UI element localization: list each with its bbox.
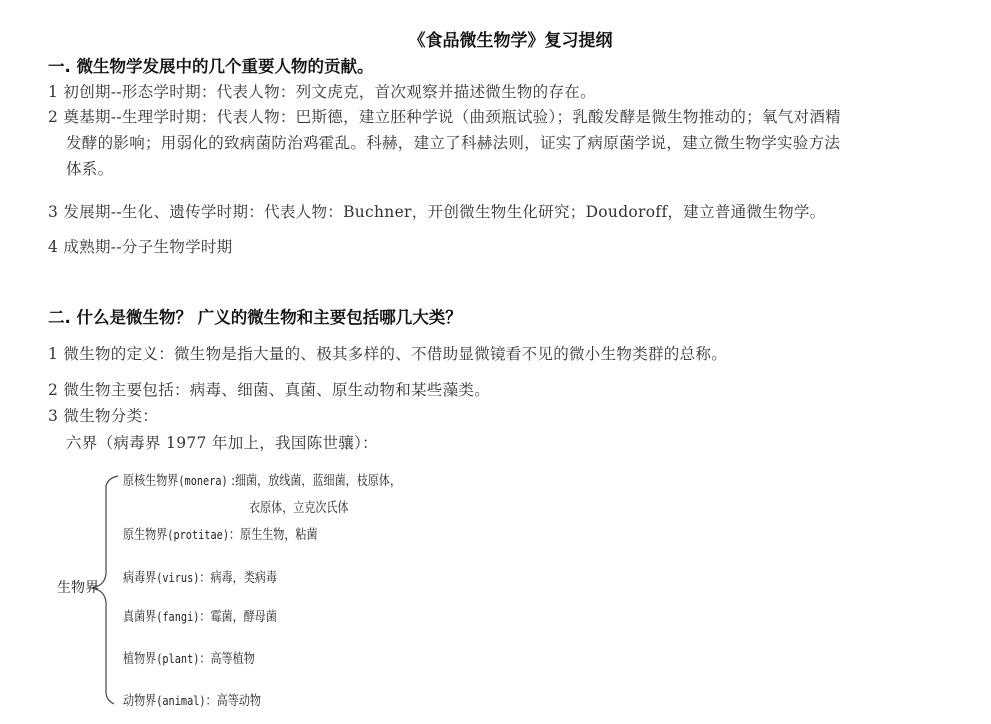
curly-brace-icon <box>0 460 200 724</box>
kingdom-plant: 植物界(plant)：高等植物 <box>123 647 255 667</box>
section2-item-3: 3 微生物分类： <box>48 404 158 426</box>
section-heading-1: 一. 微生物学发展中的几个重要人物的贡献。 <box>48 53 374 77</box>
section-heading-2: 二. 什么是微生物？ 广义的微生物和主要包括哪几大类？ <box>48 304 462 328</box>
section1-item-2-line2: 发酵的影响；用弱化的致病菌防治鸡霍乱。科赫，建立了科赫法则，证实了病原菌学说，建… <box>48 130 978 156</box>
section2-item-2: 2 微生物主要包括：病毒、细菌、真菌、原生动物和某些藻类。 <box>48 378 490 400</box>
tree-root-label: 生物界 <box>57 577 99 597</box>
section1-item-2: 2 奠基期--生理学时期：代表人物：巴斯德，建立胚种学说（曲颈瓶试验）；乳酸发酵… <box>48 104 978 182</box>
section1-item-2-line1: 2 奠基期--生理学时期：代表人物：巴斯德，建立胚种学说（曲颈瓶试验）；乳酸发酵… <box>48 108 841 126</box>
kingdom-protitae: 原生物界(protitae)：原生生物，粘菌 <box>123 523 318 543</box>
kingdom-monera: 原核生物界(monera) :细菌，放线菌，蓝细菌，枝原体， <box>123 469 401 489</box>
section1-item-3: 3 发展期--生化、遗传学时期：代表人物：Buchner，开创微生物生化研究；D… <box>48 200 825 222</box>
section1-item-1: 1 初创期--形态学时期：代表人物：列文虎克，首次观察并描述微生物的存在。 <box>48 80 596 102</box>
section1-item-4: 4 成熟期--分子生物学时期 <box>48 235 232 257</box>
classification-tree: 生物界 原核生物界(monera) :细菌，放线菌，蓝细菌，枝原体， 衣原体，立… <box>0 460 500 724</box>
section2-item-4: 六界（病毒界 1977 年加上，我国陈世骧）： <box>66 431 378 453</box>
document-title: 《食品微生物学》复习提纲 <box>0 26 991 51</box>
kingdom-animal: 动物界(animal)：高等动物 <box>123 689 261 709</box>
kingdom-virus: 病毒界(virus)：病毒，类病毒 <box>123 566 277 586</box>
kingdom-monera-line2: 衣原体，立克次氏体 <box>249 496 349 516</box>
kingdom-fungi: 真菌界(fangi)：霉菌，酵母菌 <box>123 605 277 625</box>
section1-item-2-line3: 体系。 <box>48 156 978 182</box>
section2-item-1: 1 微生物的定义：微生物是指大量的、极其多样的、不借助显微镜看不见的微小生物类群… <box>48 342 727 364</box>
